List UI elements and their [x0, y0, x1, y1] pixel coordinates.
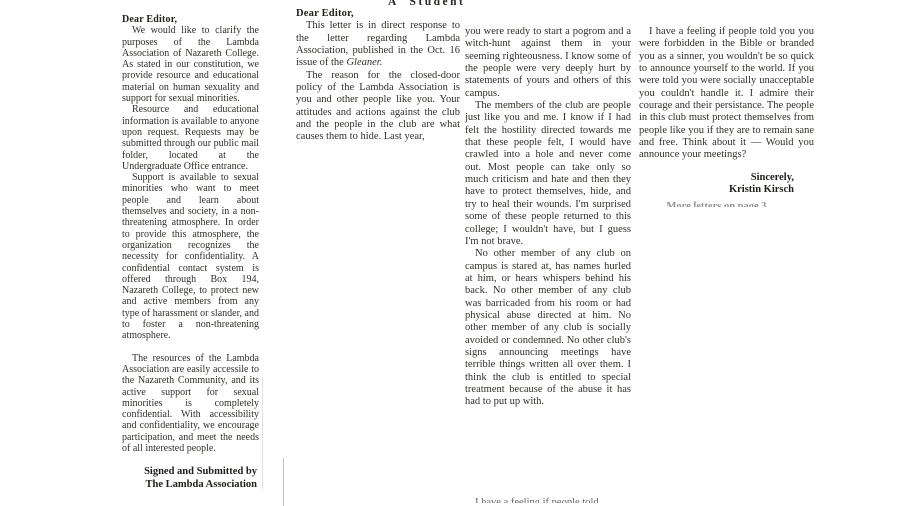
cropped-signature-text: A Student: [388, 0, 465, 6]
letter1-paragraph-4: The resources of the Lambda Association …: [122, 353, 259, 455]
letter1-paragraph-1: We would like to clarify the purposes of…: [122, 25, 259, 104]
letter2-paragraph-6-cropped: I have a feeling if people told: [465, 497, 631, 503]
letter1-signature-line-1: Signed and Submitted by: [122, 466, 257, 479]
letter2-signature: Sincerely, Kristin Kirsch: [639, 172, 814, 197]
cropped-signature-previous-letter: A Student: [388, 0, 498, 6]
letter1-paragraph-2: Resource and educational information is …: [122, 104, 259, 172]
letter1-column: Dear Editor, We would like to clarify th…: [122, 14, 259, 491]
letter2-signature-line-2: Kristin Kirsch: [639, 184, 794, 197]
scan-artifact-rule-light: [262, 378, 263, 490]
more-letters-note-cropped: More letters on page 3: [639, 201, 814, 207]
letter1-signature: Signed and Submitted by The Lambda Assoc…: [122, 466, 259, 491]
letter1-signature-line-2: The Lambda Association: [122, 479, 257, 492]
letter2-column-3: I have a feeling if people told you you …: [639, 26, 814, 207]
letter2-paragraph-2: The reason for the closed-door policy of…: [296, 70, 460, 144]
letter2-paragraph-1: This letter is in direct response to the…: [296, 20, 460, 69]
letter2-paragraph-3: you were ready to start a pogrom and a w…: [465, 26, 631, 100]
letter2-signature-line-1: Sincerely,: [639, 172, 794, 185]
gleaner-publication-name: Gleaner.: [346, 57, 382, 68]
letter2-paragraph-5: No other member of any club on campus is…: [465, 248, 631, 408]
letter2-paragraph-4: The members of the club are people just …: [465, 100, 631, 248]
letter2-column-1: Dear Editor, This letter is in direct re…: [296, 8, 460, 144]
letter2-column-2: you were ready to start a pogrom and a w…: [465, 26, 631, 409]
scan-artifact-rule-dark: [283, 458, 284, 506]
newspaper-letters-page: A Student Dear Editor, We would like to …: [0, 0, 900, 506]
letter2-salutation: Dear Editor,: [296, 8, 460, 20]
letter1-salutation: Dear Editor,: [122, 14, 259, 25]
letter2-paragraph-7: I have a feeling if people told you you …: [639, 26, 814, 162]
letter1-paragraph-3: Support is available to sexual minoritie…: [122, 172, 259, 341]
